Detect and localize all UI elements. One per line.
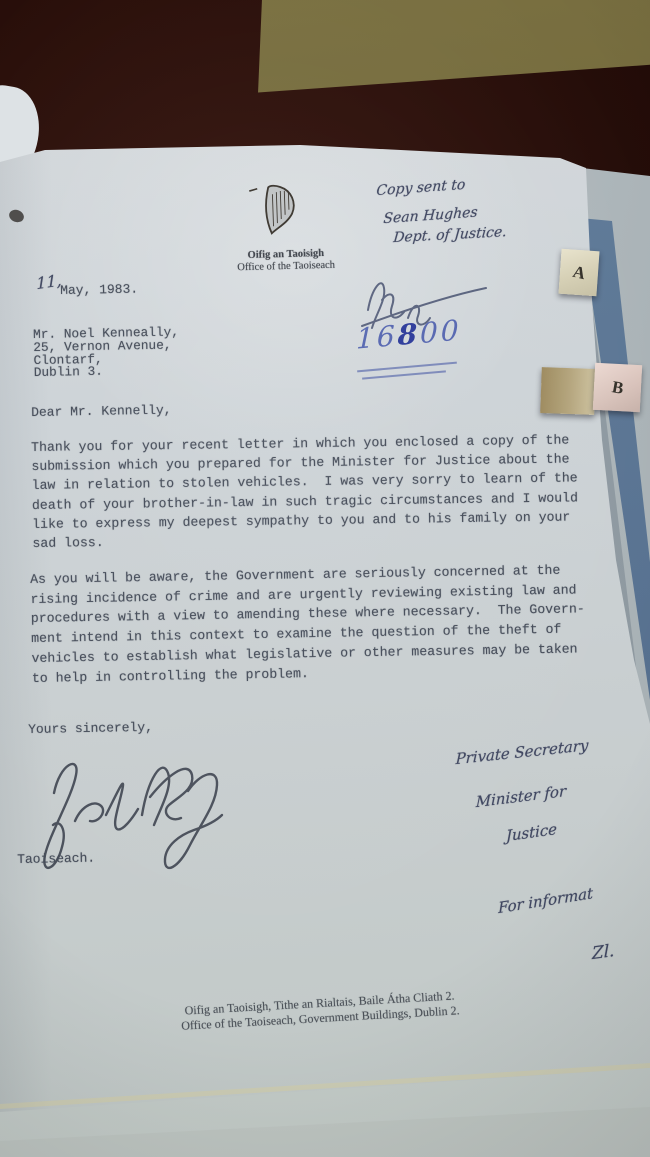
- irish-harp-icon: [261, 181, 299, 240]
- routing-initials: Zl.: [592, 941, 614, 964]
- file-tab-a-label: A: [571, 261, 587, 283]
- handwritten-day: 11,: [36, 270, 62, 293]
- letterhead: Oifig an Taoisigh Office of the Taoiseac…: [196, 247, 377, 275]
- file-tab-tan: [540, 367, 596, 415]
- file-tab-b-label: B: [610, 377, 625, 399]
- file-number-prefix: 16: [356, 319, 398, 356]
- signer-title: Taoiseach.: [17, 851, 95, 867]
- photographed-letter-scene: Oifig an Taoisigh Office of the Taoiseac…: [0, 0, 650, 1157]
- recipient-address: Mr. Noel Kenneally, 25, Vernon Avenue, C…: [33, 326, 180, 380]
- file-number-suffix: 00: [420, 313, 462, 350]
- file-tab-a: A: [558, 249, 599, 297]
- date-typed: May, 1983.: [60, 282, 138, 298]
- body-paragraph-2: As you will be aware, the Government are…: [30, 560, 586, 688]
- file-number-bold-digit: 8: [397, 317, 420, 352]
- salutation: Dear Mr. Kennelly,: [31, 403, 172, 420]
- body-paragraph-1: Thank you for your recent letter in whic…: [31, 430, 579, 553]
- file-tab-b: B: [593, 363, 642, 412]
